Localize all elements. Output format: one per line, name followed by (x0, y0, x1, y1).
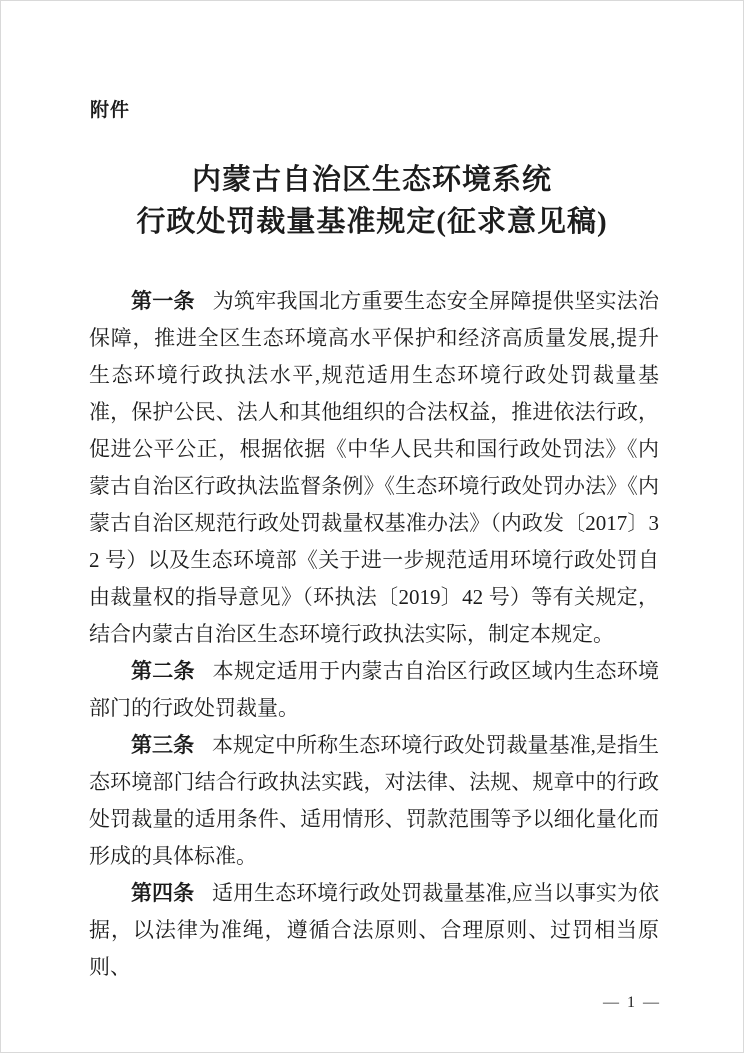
document-title: 内蒙古自治区生态环境系统 行政处罚裁量基准规定(征求意见稿) (1, 159, 743, 243)
article-2-label: 第二条 (131, 659, 213, 683)
page-number: — 1 — (603, 994, 661, 1012)
paragraph-article-3: 第三条本规定中所称生态环境行政处罚裁量基准,是指生态环境部门结合行政执法实践，对… (89, 727, 659, 875)
document-body: 第一条为筑牢我国北方重要生态安全屏障提供坚实法治保障，推进全区生态环境高水平保护… (89, 283, 659, 986)
paragraph-article-1: 第一条为筑牢我国北方重要生态安全屏障提供坚实法治保障，推进全区生态环境高水平保护… (89, 283, 659, 653)
article-3-label: 第三条 (131, 733, 212, 757)
article-4-label: 第四条 (131, 881, 212, 905)
paragraph-article-2: 第二条本规定适用于内蒙古自治区行政区域内生态环境部门的行政处罚裁量。 (89, 653, 659, 727)
attachment-label: 附件 (90, 95, 130, 122)
paragraph-article-4: 第四条适用生态环境行政处罚裁量基准,应当以事实为依据，以法律为准绳，遵循合法原则… (89, 875, 659, 986)
document-title-line-1: 内蒙古自治区生态环境系统 (1, 159, 743, 201)
article-1-label: 第一条 (131, 289, 213, 313)
document-page: 附件 内蒙古自治区生态环境系统 行政处罚裁量基准规定(征求意见稿) 第一条为筑牢… (0, 0, 744, 1053)
article-1-text: 为筑牢我国北方重要生态安全屏障提供坚实法治保障，推进全区生态环境高水平保护和经济… (89, 289, 659, 646)
document-title-line-2: 行政处罚裁量基准规定(征求意见稿) (1, 201, 743, 243)
